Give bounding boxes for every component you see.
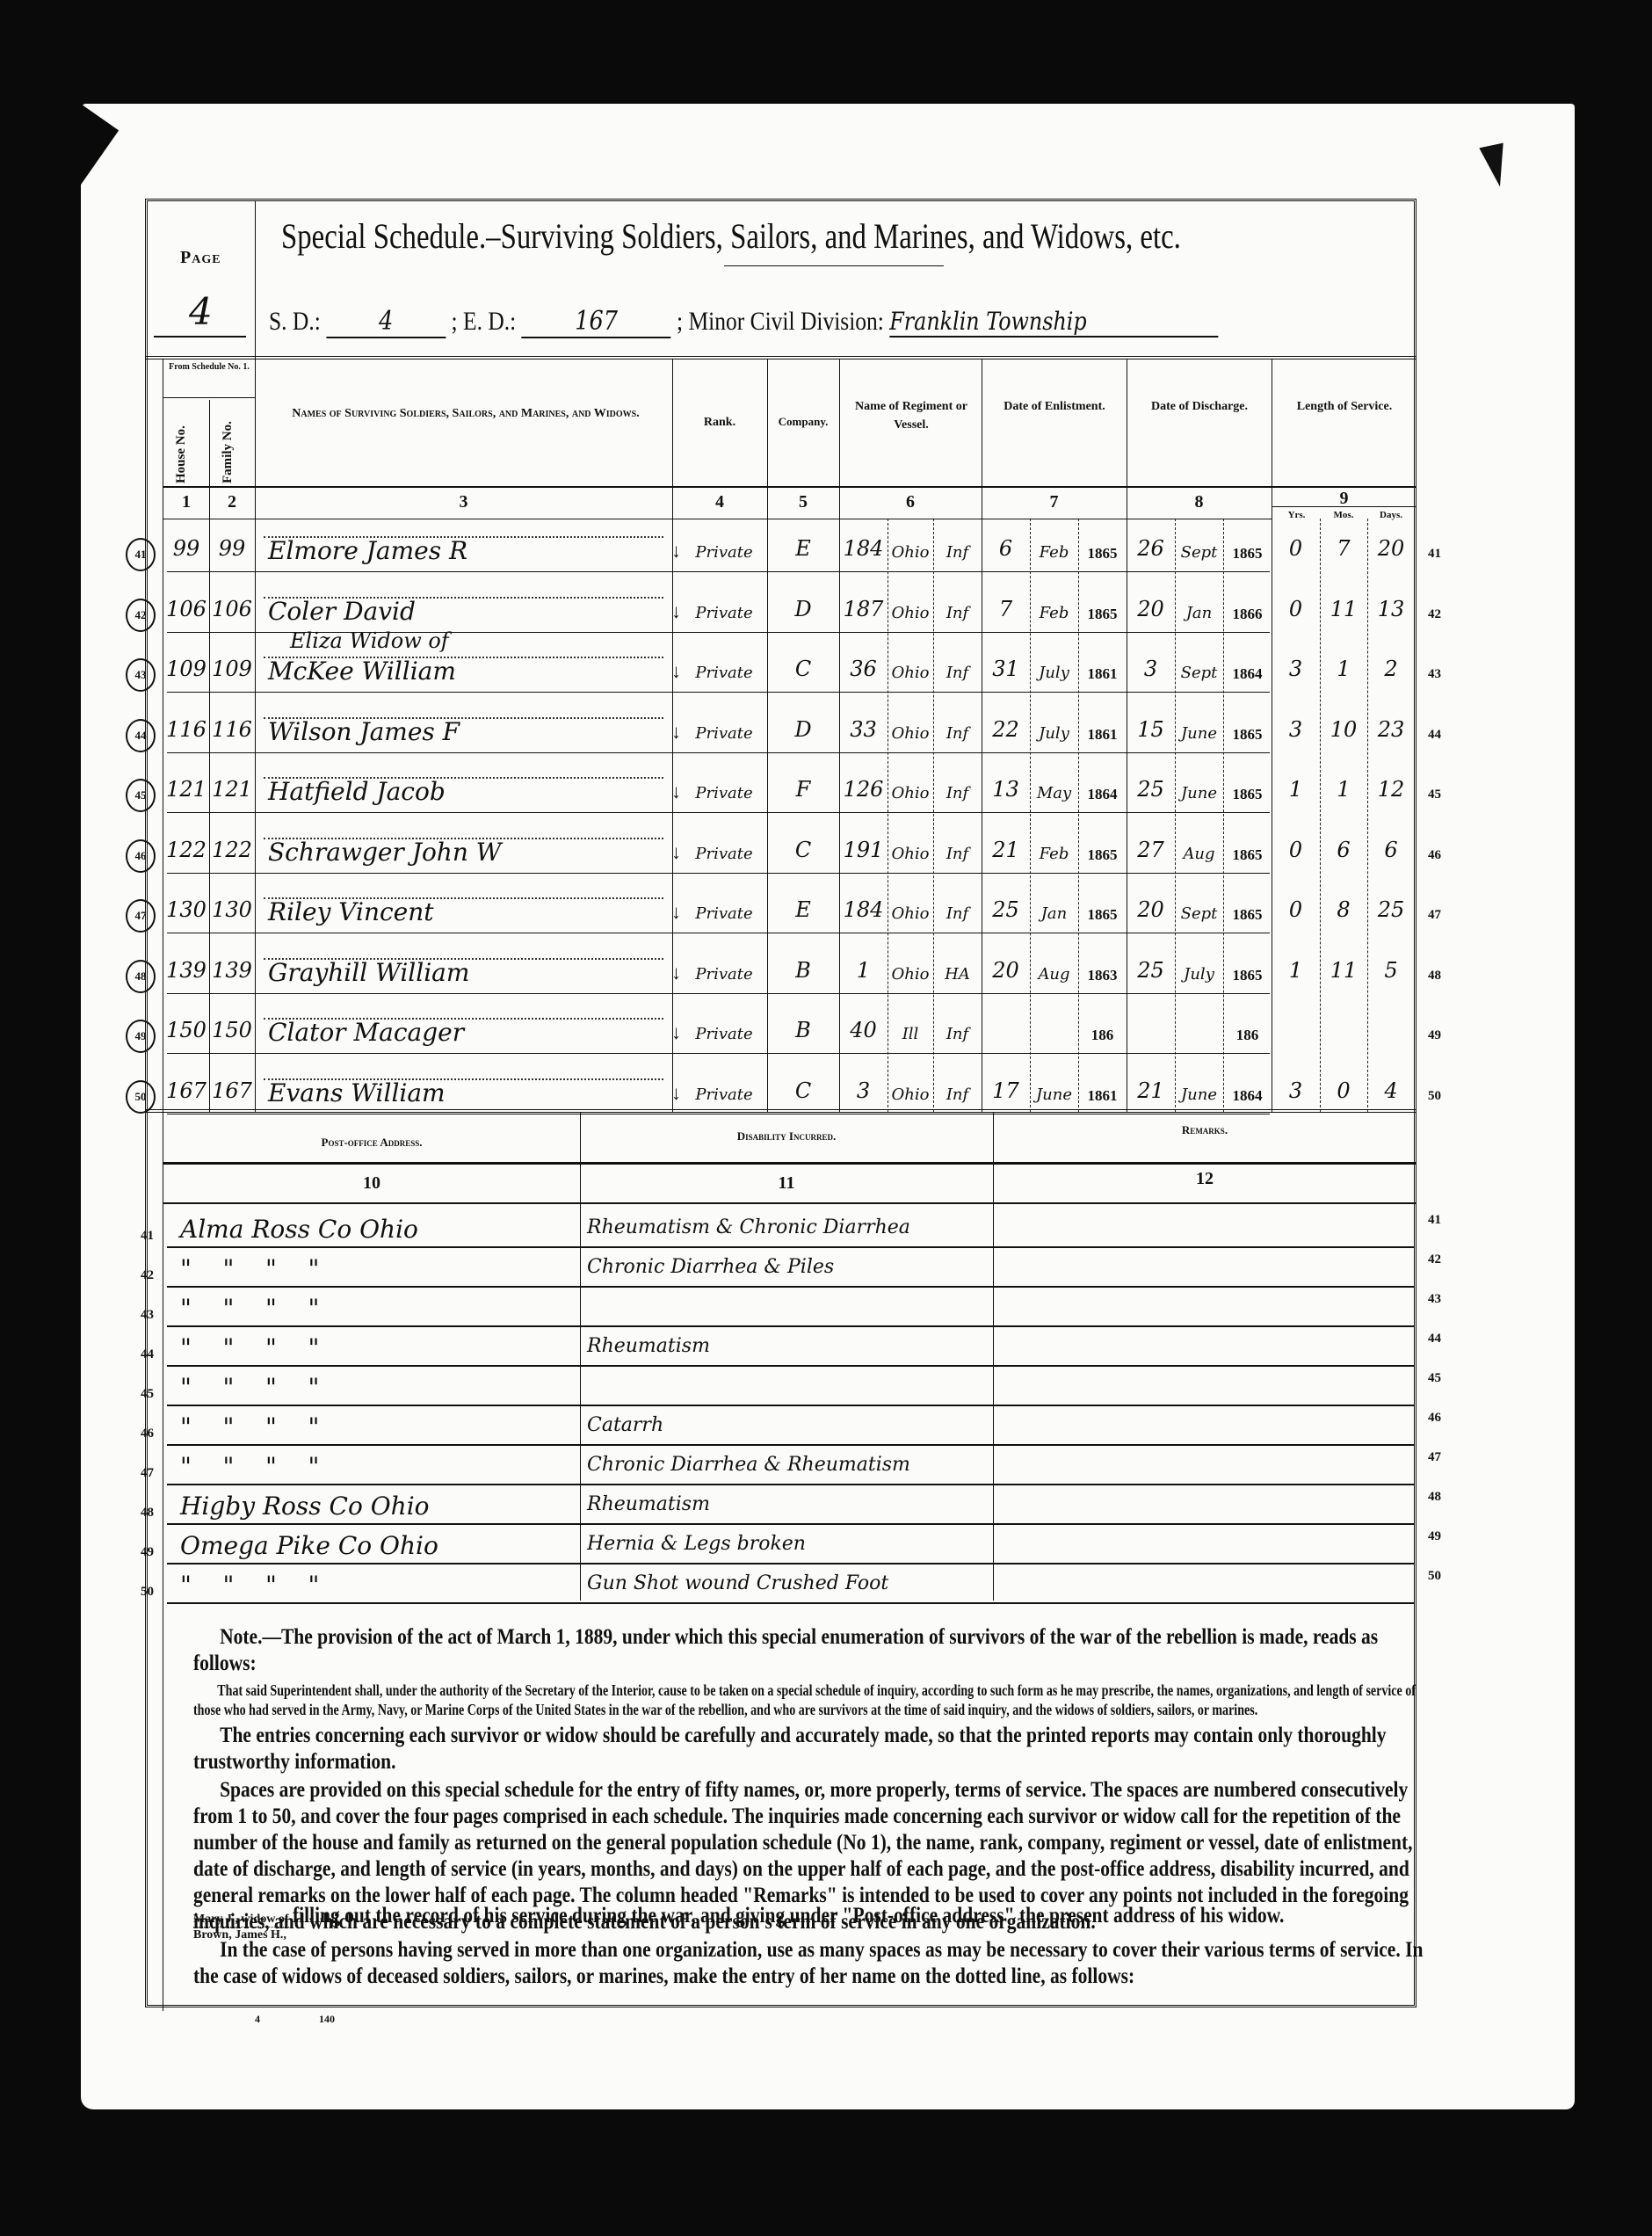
disability-incurred: Rheumatism & Chronic Diarrhea: [587, 1216, 910, 1238]
line-number: 43: [1428, 667, 1441, 682]
regiment-state-cell: Ohio: [888, 784, 933, 802]
line-number: 49: [1428, 1529, 1441, 1544]
discharge-month-cell: Sept: [1175, 664, 1223, 682]
company-cell: B: [767, 1018, 839, 1042]
soldier-name: Hatfield Jacob: [268, 777, 446, 806]
house-no-cell: 109: [163, 657, 209, 681]
col-number: 11: [580, 1173, 993, 1194]
discharge-year-cell: 1865: [1223, 545, 1272, 563]
discharge-year-cell: 1865: [1223, 726, 1272, 744]
row-rule: [167, 1286, 1415, 1288]
family-no-header: Family No.: [221, 406, 235, 483]
discharge-year-cell: 1865: [1223, 846, 1272, 864]
soldier-name: Elmore James R: [268, 536, 467, 565]
enlistment-day-cell: 25: [982, 897, 1030, 922]
company-cell: C: [767, 657, 839, 681]
months-cell: 0: [1320, 1078, 1367, 1103]
page-column-divider: [255, 200, 256, 359]
row-rule: [167, 752, 1270, 753]
family-no-cell: 106: [209, 597, 255, 621]
enlistment-month-cell: July: [1030, 724, 1078, 743]
disability-incurred: Chronic Diarrhea & Piles: [587, 1256, 834, 1278]
row-rule: [167, 873, 1270, 874]
house-no-header: House No.: [174, 406, 189, 483]
regiment-number-cell: 40: [839, 1018, 888, 1042]
company-cell: C: [767, 838, 839, 862]
line-number: 49: [1428, 1028, 1441, 1043]
family-no-cell: 167: [209, 1078, 255, 1103]
rank-cell: Private: [681, 1085, 767, 1104]
company-cell: D: [767, 717, 839, 742]
disability-incurred: Rheumatism: [587, 1335, 710, 1357]
regiment-state-cell: Ohio: [888, 904, 933, 923]
regiment-state-cell: Ohio: [888, 664, 933, 682]
line-number: 48: [1428, 1490, 1441, 1505]
post-office-address: Alma Ross Co Ohio: [180, 1215, 418, 1244]
soldier-name: Evans William: [268, 1078, 446, 1107]
disability-header: Disability Incurred.: [580, 1128, 993, 1145]
row-rule: [167, 1563, 1415, 1564]
enlistment-month-cell: Feb: [1030, 604, 1078, 622]
line-number: 47: [1428, 908, 1441, 923]
regiment-state-cell: Ohio: [888, 604, 933, 622]
page-number-underline: [154, 336, 246, 338]
regiment-number-cell: 184: [839, 897, 888, 922]
discharge-day-cell: 3: [1127, 657, 1175, 681]
line-number: 44: [1428, 1332, 1441, 1347]
regiment-number-cell: 191: [839, 838, 888, 862]
family-no-cell: 99: [209, 536, 255, 561]
line-number: 49: [141, 1545, 154, 1560]
line-number: 47: [1428, 1450, 1441, 1465]
years-cell: 1: [1272, 777, 1320, 802]
regiment-number-cell: 187: [839, 597, 888, 621]
tick-mark-icon: ↓: [671, 540, 681, 563]
house-no-cell: 99: [163, 536, 209, 561]
days-cell: 20: [1367, 536, 1415, 561]
example-name-line: Brown, James H.,: [193, 1928, 1445, 1942]
note-paragraph-3: The entries concerning each survivor or …: [193, 1723, 1425, 1775]
tick-mark-icon: ↓: [671, 1082, 681, 1105]
sd-value: 4: [326, 306, 446, 338]
row-rule: [167, 1053, 1270, 1054]
tick-mark-icon: ↓: [671, 1021, 681, 1044]
line-number: 47: [141, 1466, 154, 1481]
discharge-month-cell: Aug: [1175, 845, 1223, 863]
post-office-address: " " " ": [180, 1294, 319, 1323]
years-cell: 0: [1272, 536, 1320, 561]
row-rule: [167, 933, 1270, 933]
discharge-day-cell: 25: [1127, 958, 1175, 983]
line-number: 48: [1428, 969, 1441, 984]
discharge-month-cell: Sept: [1175, 904, 1223, 923]
regiment-arm-cell: Inf: [933, 784, 982, 802]
disability-incurred: Chronic Diarrhea & Rheumatism: [587, 1454, 910, 1476]
discharge-header: Date of Discharge.: [1142, 397, 1257, 416]
enlistment-year-cell: 1864: [1078, 786, 1127, 803]
line-number: 46: [1428, 1411, 1441, 1426]
note-paragraph-5: In the case of persons having served in …: [193, 1937, 1425, 1990]
col-number: 10: [163, 1173, 580, 1194]
enlistment-year-cell: 1861: [1078, 1087, 1127, 1105]
discharge-month-cell: June: [1175, 1085, 1223, 1104]
line-number: 42: [1428, 607, 1441, 622]
discharge-day-cell: 27: [1127, 838, 1175, 862]
regiment-state-cell: Ohio: [888, 965, 933, 984]
enlistment-month-cell: June: [1030, 1085, 1078, 1104]
post-office-address: Omega Pike Co Ohio: [180, 1531, 438, 1560]
discharge-year-cell: 1866: [1223, 606, 1272, 623]
col-divider: [255, 359, 256, 1112]
note-paragraph-2: That said Superintendent shall, under th…: [193, 1681, 1424, 1719]
colnum-rule: [1272, 506, 1417, 507]
soldier-name: Coler David: [268, 597, 416, 626]
tick-mark-icon: ↓: [671, 600, 681, 623]
upper-table-bottom-rule: [145, 1109, 1417, 1113]
colnum-rule: [163, 519, 1272, 519]
row-rule: [167, 1405, 1415, 1406]
soldier-name: McKee William: [268, 657, 456, 686]
example-widow-line: Mary J., widow of: [193, 1913, 289, 1927]
rank-cell: Private: [681, 845, 767, 863]
years-cell: 0: [1272, 597, 1320, 621]
months-cell: 7: [1320, 536, 1367, 561]
line-number: 48: [141, 1506, 154, 1521]
enlistment-year-cell: 1865: [1078, 906, 1127, 924]
years-cell: 3: [1272, 717, 1320, 742]
line-number-circle: 43: [126, 658, 156, 692]
line-number: 44: [1428, 728, 1441, 743]
page-label: Page: [180, 248, 221, 268]
company-cell: F: [767, 777, 839, 802]
discharge-year-cell: 1865: [1223, 906, 1272, 924]
family-no-cell: 116: [209, 717, 255, 742]
mos-header: Mos.: [1320, 508, 1367, 523]
discharge-day-cell: 25: [1127, 777, 1175, 802]
enlistment-day-cell: 17: [982, 1078, 1030, 1103]
regiment-arm-cell: Inf: [933, 664, 982, 682]
regiment-state-cell: Ohio: [888, 543, 933, 562]
discharge-year-cell: 1864: [1223, 665, 1272, 683]
row-rule: [167, 1484, 1415, 1485]
months-cell: 11: [1320, 597, 1367, 621]
line-number: 50: [141, 1585, 154, 1600]
discharge-day-cell: 20: [1127, 897, 1175, 922]
page-title: Special Schedule.–Surviving Soldiers, Sa…: [281, 215, 1181, 257]
enlistment-day-cell: 20: [982, 958, 1030, 983]
months-cell: 10: [1320, 717, 1367, 742]
line-number: 45: [1428, 788, 1441, 802]
discharge-year-cell: 1865: [1223, 786, 1272, 803]
company-cell: E: [767, 536, 839, 561]
footer-right-number: 140: [319, 2013, 335, 2026]
row-rule: [167, 993, 1270, 994]
post-office-address: " " " ": [180, 1452, 319, 1481]
enlistment-year-cell: 1865: [1078, 545, 1127, 563]
days-header: Days.: [1367, 508, 1415, 523]
rank-cell: Private: [681, 664, 767, 682]
post-office-address: " " " ": [180, 1373, 319, 1402]
lower-colnum-rule: [163, 1202, 1417, 1204]
row-rule: [167, 1365, 1415, 1367]
discharge-day-cell: 26: [1127, 536, 1175, 561]
enlistment-year-cell: 1861: [1078, 665, 1127, 683]
regiment-arm-cell: Inf: [933, 724, 982, 743]
days-cell: 4: [1367, 1078, 1415, 1103]
post-office-address: " " " ": [180, 1333, 319, 1362]
enlistment-day-cell: 31: [982, 657, 1030, 681]
enlistment-day-cell: 7: [982, 597, 1030, 621]
company-header: Company.: [767, 413, 839, 431]
note-paragraph-1: Note.—The provision of the act of March …: [193, 1624, 1425, 1677]
family-no-cell: 150: [209, 1018, 255, 1042]
discharge-day-cell: 15: [1127, 717, 1175, 742]
line-number-circle: 45: [126, 779, 156, 812]
discharge-month-cell: July: [1175, 965, 1223, 984]
post-office-address: Higby Ross Co Ohio: [180, 1492, 430, 1521]
enlistment-month-cell: Aug: [1030, 965, 1078, 984]
enlistment-year-cell: 1865: [1078, 606, 1127, 623]
regiment-arm-cell: Inf: [933, 1025, 982, 1043]
rank-header: Rank.: [672, 413, 767, 432]
length-header: Length of Service.: [1287, 397, 1402, 416]
family-no-cell: 121: [209, 777, 255, 802]
ed-value: 167: [522, 306, 671, 338]
house-no-cell: 130: [163, 897, 209, 922]
discharge-month-cell: June: [1175, 724, 1223, 743]
row-rule: [167, 1523, 1415, 1525]
soldier-name: Clator Macager: [268, 1018, 464, 1047]
tick-mark-icon: ↓: [671, 841, 681, 864]
widow-example: Mary J., widow of filling out the record…: [193, 1904, 1445, 1942]
regiment-state-cell: Ohio: [888, 845, 933, 863]
regiment-state-cell: Ohio: [888, 1085, 933, 1104]
line-number: 50: [1428, 1089, 1441, 1104]
line-number: 45: [1428, 1371, 1441, 1386]
soldier-name: Grayhill William: [268, 958, 469, 987]
row-rule: [167, 1444, 1415, 1446]
line-number: 43: [1428, 1292, 1441, 1307]
yrs-header: Yrs.: [1273, 508, 1320, 523]
row-rule: [167, 1114, 1270, 1114]
disability-incurred: Hernia & Legs broken: [587, 1533, 806, 1555]
col-number: 4: [672, 492, 767, 512]
example-tail: filling out the record of his service du…: [293, 1904, 1284, 1928]
regiment-arm-cell: Inf: [933, 1085, 982, 1104]
enlistment-year-cell: 186: [1078, 1027, 1127, 1044]
col-number: 7: [982, 492, 1127, 512]
disability-incurred: Gun Shot wound Crushed Foot: [587, 1572, 888, 1594]
line-number-circle: 50: [126, 1080, 156, 1114]
company-cell: E: [767, 897, 839, 922]
days-cell: 5: [1367, 958, 1415, 983]
years-cell: 3: [1272, 1078, 1320, 1103]
enlistment-month-cell: July: [1030, 664, 1078, 682]
family-no-cell: 139: [209, 958, 255, 983]
enlistment-year-cell: 1865: [1078, 846, 1127, 864]
row-rule: [167, 571, 1270, 572]
company-cell: B: [767, 958, 839, 983]
days-cell: 23: [1367, 717, 1415, 742]
regiment-number-cell: 3: [839, 1078, 888, 1103]
regiment-state-cell: Ill: [888, 1025, 933, 1043]
district-line: S. D.: 4 ; E. D.: 167 ; Minor Civil Divi…: [269, 306, 1218, 338]
regiment-state-cell: Ohio: [888, 724, 933, 743]
regiment-arm-cell: Inf: [933, 604, 982, 622]
col-number: 12: [993, 1169, 1417, 1189]
rank-cell: Private: [681, 904, 767, 923]
regiment-arm-cell: HA: [933, 965, 982, 984]
sd-label: S. D.:: [269, 307, 321, 336]
enlistment-month-cell: May: [1030, 784, 1078, 802]
post-office-address: " " " ": [180, 1254, 319, 1283]
line-number-circle: 49: [126, 1020, 156, 1053]
family-no-cell: 109: [209, 657, 255, 681]
regiment-number-cell: 33: [839, 717, 888, 742]
days-cell: 6: [1367, 838, 1415, 862]
line-number-circle: 41: [126, 538, 156, 571]
house-no-cell: 122: [163, 838, 209, 862]
house-no-cell: 116: [163, 717, 209, 742]
lower-header-rule: [163, 1162, 1417, 1165]
enlistment-day-cell: 13: [982, 777, 1030, 802]
days-cell: 12: [1367, 777, 1415, 802]
title-rule: [724, 265, 944, 266]
enlistment-day-cell: 6: [982, 536, 1030, 561]
line-number: 46: [141, 1427, 154, 1441]
col-number: 6: [839, 492, 982, 512]
line-number: 43: [141, 1308, 154, 1323]
enlistment-month-cell: Feb: [1030, 543, 1078, 562]
from-schedule-header: From Schedule No. 1.: [163, 362, 255, 373]
enlistment-month-cell: Feb: [1030, 845, 1078, 863]
regiment-number-cell: 1: [839, 958, 888, 983]
months-cell: 1: [1320, 777, 1367, 802]
years-cell: 3: [1272, 657, 1320, 681]
family-no-cell: 130: [209, 897, 255, 922]
enlistment-header: Date of Enlistment.: [997, 397, 1112, 416]
rank-cell: Private: [681, 604, 767, 622]
address-header: Post-office Address.: [163, 1134, 580, 1151]
enlistment-year-cell: 1863: [1078, 967, 1127, 984]
mcd-label: ; Minor Civil Division:: [677, 307, 884, 336]
row-rule: [167, 692, 1270, 693]
years-cell: 0: [1272, 897, 1320, 922]
years-cell: 1: [1272, 958, 1320, 983]
discharge-day-cell: 21: [1127, 1078, 1175, 1103]
house-no-cell: 150: [163, 1018, 209, 1042]
line-number: 50: [1428, 1569, 1441, 1584]
line-number-circle: 47: [126, 899, 156, 933]
months-cell: 1: [1320, 657, 1367, 681]
tick-mark-icon: ↓: [671, 660, 681, 683]
house-no-cell: 106: [163, 597, 209, 621]
regiment-arm-cell: Inf: [933, 904, 982, 923]
rank-cell: Private: [681, 724, 767, 743]
regiment-arm-cell: Inf: [933, 543, 982, 562]
line-number: 41: [1428, 547, 1441, 562]
line-number: 46: [1428, 848, 1441, 863]
row-rule: [167, 1325, 1415, 1327]
enlistment-day-cell: 22: [982, 717, 1030, 742]
line-number: 44: [141, 1347, 154, 1362]
months-cell: 8: [1320, 897, 1367, 922]
months-cell: 6: [1320, 838, 1367, 862]
ed-label: ; E. D.:: [452, 307, 517, 336]
discharge-month-cell: Jan: [1175, 604, 1223, 622]
post-office-address: " " " ": [180, 1571, 319, 1600]
house-no-cell: 167: [163, 1078, 209, 1103]
days-cell: 25: [1367, 897, 1415, 922]
enlistment-month-cell: Jan: [1030, 904, 1078, 923]
line-number: 41: [1428, 1213, 1441, 1228]
col-number: 8: [1127, 492, 1272, 512]
discharge-year-cell: 186: [1223, 1027, 1272, 1044]
sub-rule: [163, 397, 255, 398]
discharge-month-cell: June: [1175, 784, 1223, 802]
line-number: 42: [141, 1268, 154, 1283]
line-number-circle: 44: [126, 719, 156, 752]
tick-mark-icon: ↓: [671, 962, 681, 984]
days-cell: 2: [1367, 657, 1415, 681]
discharge-year-cell: 1864: [1223, 1087, 1272, 1105]
col-number: 5: [767, 492, 839, 512]
regiment-number-cell: 184: [839, 536, 888, 561]
line-number: 41: [141, 1229, 154, 1244]
disability-incurred: Rheumatism: [587, 1493, 710, 1515]
tick-mark-icon: ↓: [671, 780, 681, 803]
widow-name: Eliza Widow of: [290, 628, 449, 653]
months-cell: 11: [1320, 958, 1367, 983]
line-number-circle: 46: [126, 839, 156, 873]
enlistment-day-cell: 21: [982, 838, 1030, 862]
house-no-cell: 121: [163, 777, 209, 802]
header-bottom-rule: [163, 486, 1417, 488]
post-office-address: " " " ": [180, 1412, 319, 1441]
company-cell: D: [767, 597, 839, 621]
footer-left-number: 4: [255, 2013, 260, 2026]
row-rule: [167, 812, 1270, 813]
discharge-month-cell: Sept: [1175, 543, 1223, 562]
tick-mark-icon: ↓: [671, 901, 681, 924]
col-number: 1: [163, 492, 209, 512]
col-number: 2: [209, 492, 255, 512]
family-no-cell: 122: [209, 838, 255, 862]
regiment-header: Name of Regiment or Vessel.: [845, 397, 977, 434]
names-header: Names of Surviving Soldiers, Sailors, an…: [281, 404, 650, 423]
line-number: 42: [1428, 1252, 1441, 1267]
discharge-day-cell: 20: [1127, 597, 1175, 621]
row-rule: [167, 1246, 1415, 1248]
line-number: 45: [141, 1387, 154, 1402]
line-number-circle: 42: [126, 599, 156, 632]
regiment-arm-cell: Inf: [933, 845, 982, 863]
days-cell: 13: [1367, 597, 1415, 621]
row-rule: [167, 1602, 1415, 1604]
rank-cell: Private: [681, 784, 767, 802]
mcd-value: Franklin Township: [889, 307, 1218, 338]
discharge-year-cell: 1865: [1223, 967, 1272, 984]
house-no-cell: 139: [163, 958, 209, 983]
disability-incurred: Catarrh: [587, 1414, 663, 1436]
soldier-name: Schrawger John W: [268, 838, 502, 867]
years-cell: 0: [1272, 838, 1320, 862]
company-cell: C: [767, 1078, 839, 1103]
regiment-number-cell: 126: [839, 777, 888, 802]
rank-cell: Private: [681, 543, 767, 562]
rank-cell: Private: [681, 1025, 767, 1043]
enlistment-year-cell: 1861: [1078, 726, 1127, 744]
